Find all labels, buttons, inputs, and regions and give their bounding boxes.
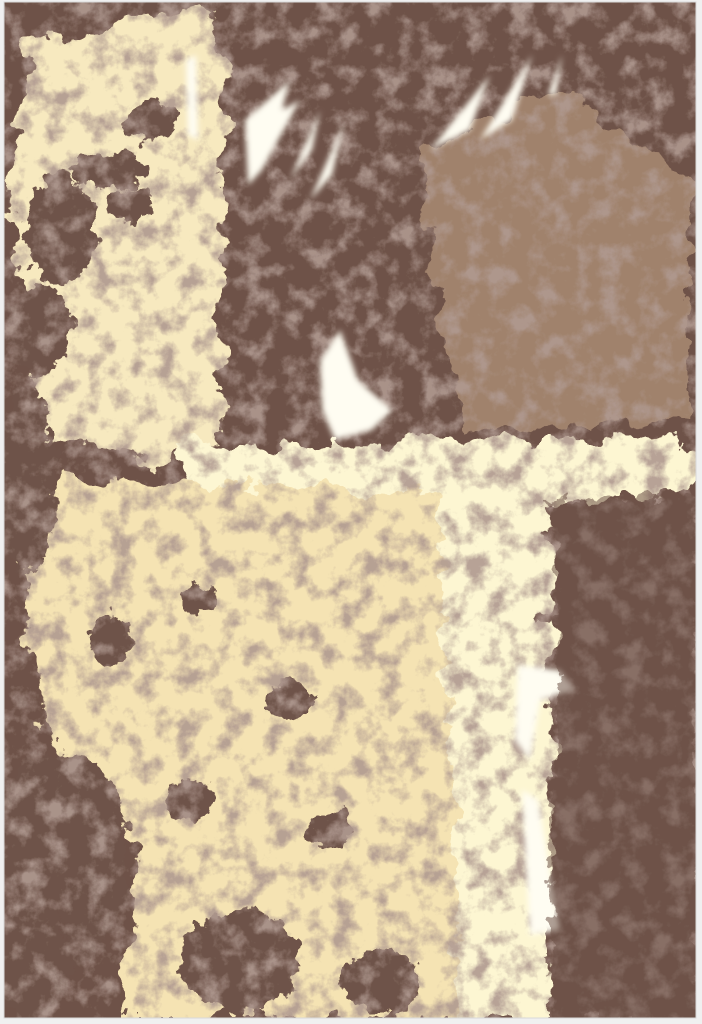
- artwork-canvas: Abstract monotype print: [0, 0, 702, 1024]
- artwork-svg: [0, 0, 702, 1024]
